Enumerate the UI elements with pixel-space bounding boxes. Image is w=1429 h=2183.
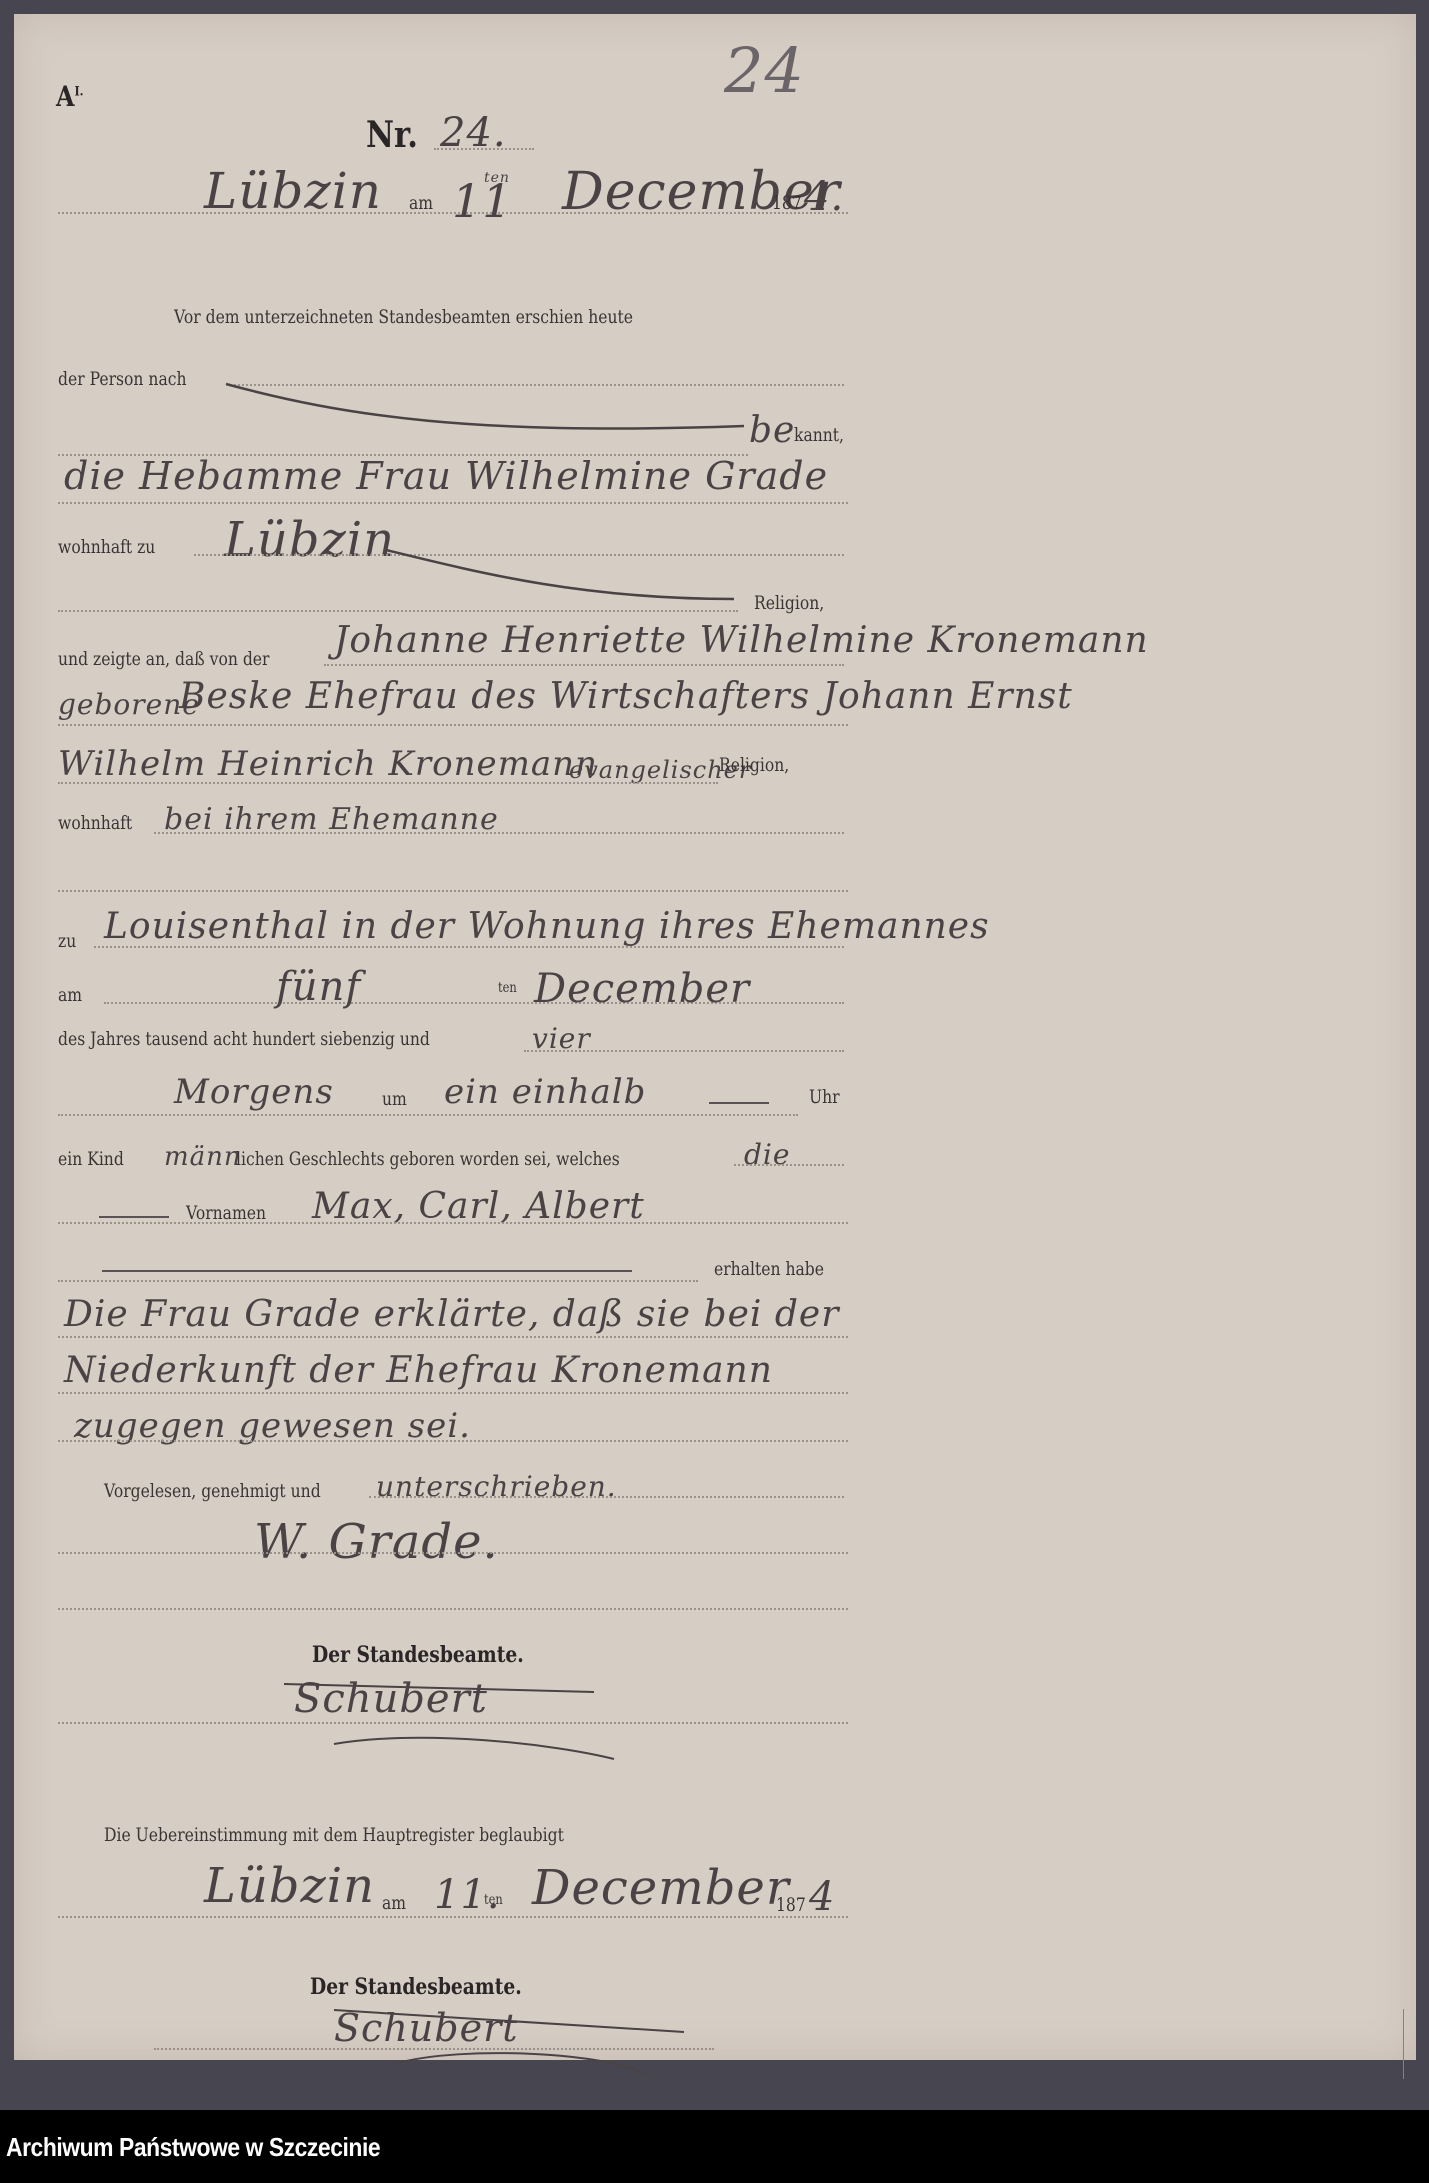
child-label-1: ein Kind <box>58 1148 124 1170</box>
cancel-stroke-residence <box>384 544 744 604</box>
archive-name: Archiwum Państwowe w Szczecinie <box>6 2132 380 2163</box>
place-value: Louisenthal in der Wohnung ihres Ehemann… <box>104 906 990 947</box>
cert-date-place: Lübzin <box>204 1858 375 1914</box>
record-number-label: Nr. <box>366 114 418 156</box>
signature-rule-4 <box>154 2048 714 2050</box>
time-rule <box>58 1114 798 1116</box>
received-strike <box>102 1270 632 1272</box>
signature-rule-1 <box>58 1552 848 1554</box>
time-dash <box>709 1102 769 1104</box>
footer-bar: Archiwum Państwowe w Szczecinie <box>0 2110 1429 2183</box>
religion-line-1 <box>58 610 738 612</box>
time-hand-1: Morgens <box>174 1072 334 1112</box>
child-label-hand: die <box>744 1138 790 1171</box>
person-hand-be: be <box>749 410 795 451</box>
mother-line-1-rule <box>324 664 844 666</box>
remark-rule-3 <box>58 1440 848 1442</box>
residence-label: wohnhaft zu <box>58 536 155 558</box>
date-label: am <box>58 984 82 1006</box>
date-day: fünf <box>276 964 361 1010</box>
read-rule <box>369 1496 844 1498</box>
form-code: AI. <box>56 80 83 113</box>
remark-line-2: Niederkunft der Ehefrau Kronemann <box>64 1350 773 1391</box>
remark-rule-2 <box>58 1392 848 1394</box>
blank-line-1 <box>58 890 848 892</box>
person-label: der Person nach <box>58 368 186 390</box>
date-ten: ten <box>498 980 517 996</box>
form-code-letter: A <box>56 80 74 113</box>
residence-value: Lübzin <box>224 512 395 568</box>
announce-label: und zeigte an, daß von der <box>58 648 269 670</box>
mother-line-2-rule <box>58 724 848 726</box>
header-date-day-suffix: ten <box>484 170 510 186</box>
child-sex: männ <box>164 1142 242 1172</box>
header-date-am: am <box>409 192 433 214</box>
registrar-title: Der Standesbeamte. <box>312 1642 524 1668</box>
religion-label-1: Religion, <box>754 592 824 614</box>
child-label-2: lichen Geschlechts geboren worden sei, w… <box>236 1148 620 1170</box>
remark-line-1: Die Frau Grade erklärte, daß sie bei der <box>64 1294 839 1335</box>
mother-religion-label: Religion, <box>719 754 789 776</box>
received-rule <box>58 1280 698 1282</box>
date-month: December <box>534 966 750 1012</box>
intro-text: Vor dem unterzeichneten Standesbeamten e… <box>174 306 633 328</box>
received-label: erhalten habe <box>714 1258 824 1280</box>
cert-date-rule <box>58 1916 848 1918</box>
remark-rule-1 <box>58 1336 848 1338</box>
mother-line-3: Wilhelm Heinrich Kronemann <box>58 744 598 784</box>
names-dash <box>99 1216 169 1218</box>
cert-date-month: December <box>532 1860 790 1916</box>
header-date-year-print: 187 <box>772 192 802 214</box>
mother-line-3-rule <box>58 782 718 784</box>
form-code-superscript: I. <box>74 85 83 100</box>
mother-residence-label: wohnhaft <box>58 812 132 834</box>
registrar-title-2: Der Standesbeamte. <box>310 1974 522 2000</box>
read-label: Vorgelesen, genehmigt und <box>104 1480 321 1502</box>
record-number-line <box>434 148 534 150</box>
header-date-year-hand: 4. <box>804 174 844 220</box>
cert-date-day-suffix: ten <box>484 1892 503 1908</box>
time-hand-2: ein einhalb <box>444 1072 646 1112</box>
informant-name: die Hebamme Frau Wilhelmine Grade <box>64 454 828 498</box>
document-page: AI. 24 Nr. 24. Lübzin am 11 ten December… <box>14 14 1416 2060</box>
time-uhr: Uhr <box>809 1086 840 1108</box>
child-rule <box>734 1164 844 1166</box>
cancel-stroke-person <box>224 376 764 446</box>
mother-line-2: Beske Ehefrau des Wirtschafters Johann E… <box>179 676 1073 717</box>
certification-label: Die Uebereinstimmung mit dem Hauptregist… <box>104 1824 564 1846</box>
cert-date-am: am <box>382 1892 406 1914</box>
informant-signature: W. Grade. <box>254 1514 499 1570</box>
registrar-signature-flourish <box>274 1674 634 1764</box>
time-um: um <box>382 1088 407 1110</box>
header-date-place: Lübzin <box>204 162 382 220</box>
registrar-signature-2-flourish <box>314 2004 714 2084</box>
informant-line <box>58 502 848 504</box>
names-label: Vornamen <box>186 1202 266 1224</box>
archive-page-number: 24 <box>724 34 805 107</box>
year-rule <box>524 1050 844 1052</box>
cert-date-year-print: 187 <box>776 1894 806 1916</box>
signature-rule-2 <box>58 1608 848 1610</box>
place-rule <box>94 946 844 948</box>
page-edge <box>1403 2009 1404 2079</box>
place-label: zu <box>58 930 76 952</box>
mother-residence-rule <box>154 832 844 834</box>
person-known: kannt, <box>794 424 844 446</box>
names-rule <box>58 1222 848 1224</box>
signature-rule-3 <box>58 1722 848 1724</box>
mother-line-1: Johanne Henriette Wilhelmine Kronemann <box>334 620 1149 661</box>
names-value: Max, Carl, Albert <box>312 1186 645 1227</box>
year-label: des Jahres tausend acht hundert siebenzi… <box>58 1028 430 1050</box>
cert-date-year-hand: 4 <box>809 1874 835 1920</box>
read-hand: unterschrieben. <box>376 1470 617 1503</box>
